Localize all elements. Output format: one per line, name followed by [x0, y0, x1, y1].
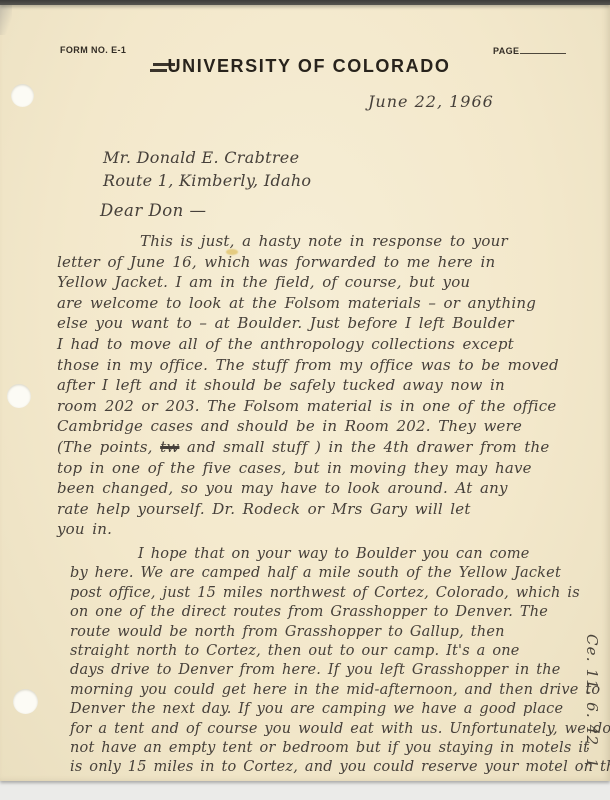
- handwritten-line: I had to move all of the anthropology co…: [57, 334, 559, 355]
- page-blank-line: [520, 52, 566, 54]
- letter-paper: FORM NO. E-1 PAGE UNIVERSITY OF COLORADO…: [0, 0, 610, 781]
- page-number-field: PAGE: [493, 46, 566, 56]
- handwritten-line: Denver the next day. If you are camping …: [70, 700, 610, 719]
- letter-paragraph-2: I hope that on your way to Boulder you c…: [70, 545, 610, 778]
- handwritten-line: is only 15 miles in to Cortez, and you c…: [70, 758, 610, 777]
- handwritten-line: Cambridge cases and should be in Room 20…: [57, 416, 559, 437]
- punch-hole-bottom: [13, 689, 38, 714]
- letterhead-title: UNIVERSITY OF COLORADO: [0, 56, 610, 77]
- punch-hole-top: [11, 84, 34, 107]
- handwritten-line: route would be north from Grasshopper to…: [70, 623, 610, 642]
- scanned-letter-page: { "colors":{ "paper":"#f3e8cb", "ink":"#…: [0, 0, 610, 800]
- handwritten-line: top in one of the five cases, but in mov…: [57, 458, 559, 479]
- handwritten-line: are welcome to look at the Folsom materi…: [57, 293, 559, 314]
- handwritten-line: This is just, a hasty note in response t…: [57, 231, 559, 252]
- handwritten-line: been changed, so you may have to look ar…: [57, 478, 559, 499]
- handwritten-line: you in.: [57, 519, 559, 540]
- handwritten-line: room 202 or 203. The Folsom material is …: [57, 396, 559, 417]
- recipient-address: Mr. Donald E. Crabtree Route 1, Kimberly…: [103, 146, 311, 192]
- handwritten-line: rate help yourself. Dr. Rodeck or Mrs Ga…: [57, 499, 559, 520]
- handwritten-line: letter of June 16, which was forwarded t…: [57, 252, 559, 273]
- scan-corner-shadow: [0, 5, 12, 35]
- handwritten-line: on one of the direct routes from Grassho…: [70, 603, 610, 622]
- handwritten-line: morning you could get here in the mid-af…: [70, 681, 610, 700]
- handwritten-line: not have an empty tent or bedroom but if…: [70, 739, 610, 758]
- recipient-name: Mr. Donald E. Crabtree: [103, 146, 311, 169]
- salutation: Dear Don —: [100, 201, 207, 220]
- form-number-label: FORM NO. E-1: [60, 45, 126, 55]
- handwritten-line: after I left and it should be safely tuc…: [57, 375, 559, 396]
- handwritten-line: (The points, tw and small stuff ) in the…: [57, 437, 559, 458]
- handwritten-line: those in my office. The stuff from my of…: [57, 355, 559, 376]
- letter-paragraph-1: This is just, a hasty note in response t…: [57, 231, 559, 540]
- handwritten-line: days drive to Denver from here. If you l…: [70, 661, 610, 680]
- punch-hole-middle: [7, 384, 31, 408]
- handwritten-line: straight north to Cortez, then out to ou…: [70, 642, 610, 661]
- catalog-number-annotation: Ce. 11. 6. 42. 1: [583, 634, 601, 769]
- handwritten-line: Yellow Jacket. I am in the field, of cou…: [57, 272, 559, 293]
- crossed-out-word: tw: [160, 438, 179, 456]
- page-label: PAGE: [493, 46, 519, 56]
- handwritten-line: by here. We are camped half a mile south…: [70, 564, 610, 583]
- scan-edge-shadow: [0, 0, 610, 5]
- line-segment: and small stuff ) in the 4th drawer from…: [179, 438, 549, 456]
- recipient-location: Route 1, Kimberly, Idaho: [103, 169, 311, 192]
- handwritten-line: I hope that on your way to Boulder you c…: [70, 545, 610, 564]
- handwritten-line: post office, just 15 miles northwest of …: [70, 584, 610, 603]
- handwritten-line: for a tent and of course you would eat w…: [70, 720, 610, 739]
- letter-date: June 22, 1966: [368, 92, 494, 111]
- line-segment: (The points,: [57, 438, 160, 456]
- handwritten-line: else you want to – at Boulder. Just befo…: [57, 313, 559, 334]
